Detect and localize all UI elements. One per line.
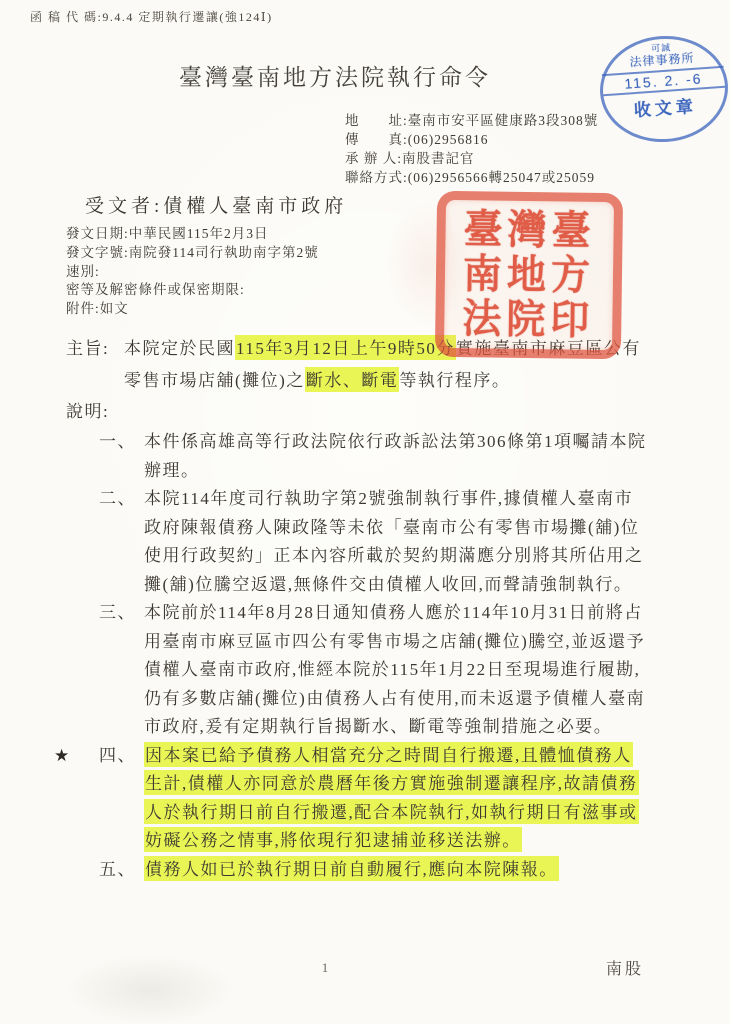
list-item-4: ★ 四、 因本案已給予債務人相當充分之時間自行搬遷,且體恤債務人生計,債權人亦同… xyxy=(99,742,650,856)
subject-text-post: 等執行程序。 xyxy=(399,371,510,390)
footer-page-number: 1 xyxy=(305,960,345,976)
subject-highlight-datetime: 115年3月12日上午9時50分 xyxy=(235,335,456,360)
list-item-3: 三、 本院前於114年8月28日通知債務人應於114年10月31日前將占用臺南市… xyxy=(99,599,650,742)
subject-highlight-utilities: 斷水、斷電 xyxy=(305,367,400,392)
list-item-5: 五、 債務人如已於執行期日前自動履行,應向本院陳報。 xyxy=(99,856,650,885)
scanned-court-document: 函 稿 代 碼:9.4.4 定期執行遷讓(強124Ⅰ) 臺灣臺南地方法院執行命令… xyxy=(0,0,730,1024)
item-number: 五、 xyxy=(99,856,136,885)
meta-ref-number: 發文字號:南院發114司行執助南字第2號 xyxy=(66,244,319,263)
meta-speed: 速別: xyxy=(66,263,319,282)
document-body: 主旨:本院定於民國115年3月12日上午9時50分實施臺南市麻豆區公有零售市場店… xyxy=(66,333,650,884)
item-number: 四、 xyxy=(99,742,136,771)
receipt-stamp-firm: 可誠 法律事務所 xyxy=(600,35,724,72)
star-marker: ★ xyxy=(54,742,71,771)
recipient-line: 受文者:債權人臺南市政府 xyxy=(85,191,347,218)
item-number: 一、 xyxy=(99,428,136,457)
subject-text-pre: 本院定於民國 xyxy=(124,339,235,358)
item-text: 本院前於114年8月28日通知債務人應於114年10月31日前將占用臺南市麻豆區… xyxy=(144,603,645,736)
law-firm-receipt-stamp: 可誠 法律事務所 115. 2. -6 收文章 xyxy=(596,32,730,147)
footer-division: 南股 xyxy=(606,956,644,979)
item-text: 本件係高雄高等行政法院依行政訴訟法第306條第1項囑請本院辦理。 xyxy=(144,432,647,480)
explanation-items: 一、 本件係高雄高等行政法院依行政訴訟法第306條第1項囑請本院辦理。 二、 本… xyxy=(99,428,650,884)
meta-security: 密等及解密條件或保密期限: xyxy=(66,281,319,300)
document-code-line: 函 稿 代 碼:9.4.4 定期執行遷讓(強124Ⅰ) xyxy=(30,8,273,25)
contact-phone: 聯絡方式:(06)2956566轉25047或25059 xyxy=(345,168,598,187)
meta-issue-date: 發文日期:中華民國115年2月3日 xyxy=(66,225,319,244)
subject-paragraph: 主旨:本院定於民國115年3月12日上午9時50分實施臺南市麻豆區公有零售市場店… xyxy=(66,333,650,396)
item-text-highlighted: 因本案已給予債務人相當充分之時間自行搬遷,且體恤債務人生計,債權人亦同意於農曆年… xyxy=(144,742,639,853)
contact-address: 地 址:臺南市安平區健康路3段308號 xyxy=(345,111,598,130)
item-number: 二、 xyxy=(99,485,136,514)
list-item-1: 一、 本件係高雄高等行政法院依行政訴訟法第306條第1項囑請本院辦理。 xyxy=(99,428,650,485)
document-meta-block: 發文日期:中華民國115年2月3日 發文字號:南院發114司行執助南字第2號 速… xyxy=(66,225,319,319)
contact-fax: 傳 真:(06)2956816 xyxy=(345,130,598,149)
item-number: 三、 xyxy=(99,599,136,628)
item-text-highlighted: 債務人如已於執行期日前自動履行,應向本院陳報。 xyxy=(144,856,559,881)
contact-clerk: 承 辦 人:南股書記官 xyxy=(345,149,598,168)
subject-label: 主旨: xyxy=(66,333,109,365)
court-seal-text: 臺灣臺南地方法院印 xyxy=(461,207,597,343)
court-contact-block: 地 址:臺南市安平區健康路3段308號 傳 真:(06)2956816 承 辦 … xyxy=(345,111,598,187)
document-title: 臺灣臺南地方法院執行命令 xyxy=(0,59,700,92)
explanation-label: 說明: xyxy=(66,397,650,427)
meta-attachment: 附件:如文 xyxy=(66,300,319,319)
list-item-2: 二、 本院114年度司行執助字第2號強制執行事件,據債權人臺南市政府陳報債務人陳… xyxy=(99,485,650,599)
item-text: 本院114年度司行執助字第2號強制執行事件,據債權人臺南市政府陳報債務人陳政隆等… xyxy=(144,489,644,594)
